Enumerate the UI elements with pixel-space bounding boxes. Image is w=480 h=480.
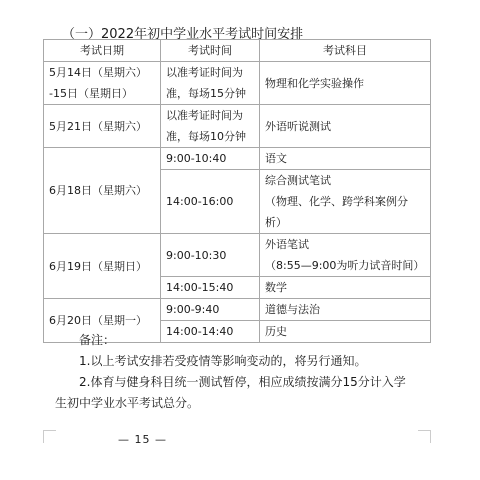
time-cell: 以准考证时间为准，每场15分钟 bbox=[161, 62, 260, 105]
subject-cell: 外语笔试（8:55—9:00为听力试音时间） bbox=[260, 234, 431, 277]
table-row: 6月18日（星期六） 9:00-10:40 语文 bbox=[44, 148, 431, 170]
date-cell: 6月18日（星期六） bbox=[44, 148, 161, 234]
subject-cell: 物理和化学实验操作 bbox=[260, 62, 431, 105]
notes-section: 备注： 1.以上考试安排若受疫情等影响变动的，将另行通知。 2.体育与健身科目统… bbox=[55, 330, 425, 414]
note-item: 1.以上考试安排若受疫情等影响变动的，将另行通知。 bbox=[55, 351, 425, 372]
exam-schedule-table: 考试日期 考试时间 考试科目 5月14日（星期六）-15日（星期日） 以准考证时… bbox=[43, 39, 431, 343]
date-cell: 6月19日（星期日） bbox=[44, 234, 161, 299]
table-row: 6月20日（星期一） 9:00-9:40 道德与法治 bbox=[44, 299, 431, 321]
subject-cell: 道德与法治 bbox=[260, 299, 431, 321]
time-cell: 以准考证时间为准，每场10分钟 bbox=[161, 105, 260, 148]
note-item: 2.体育与健身科目统一测试暂停，相应成绩按满分15分计入学 bbox=[55, 372, 425, 393]
time-cell: 9:00-9:40 bbox=[161, 299, 260, 321]
date-cell: 5月21日（星期六） bbox=[44, 105, 161, 148]
time-cell: 14:00-15:40 bbox=[161, 277, 260, 299]
page-number: — 15 — bbox=[118, 433, 167, 446]
page-corner-mark-left bbox=[43, 430, 56, 443]
header-time: 考试时间 bbox=[161, 40, 260, 62]
table-row: 5月21日（星期六） 以准考证时间为准，每场10分钟 外语听说测试 bbox=[44, 105, 431, 148]
subject-cell: 语文 bbox=[260, 148, 431, 170]
table-header-row: 考试日期 考试时间 考试科目 bbox=[44, 40, 431, 62]
subject-cell: 数学 bbox=[260, 277, 431, 299]
time-cell: 9:00-10:30 bbox=[161, 234, 260, 277]
table-row: 5月14日（星期六）-15日（星期日） 以准考证时间为准，每场15分钟 物理和化… bbox=[44, 62, 431, 105]
notes-heading: 备注： bbox=[55, 330, 425, 351]
subject-cell: 综合测试笔试（物理、化学、跨学科案例分析） bbox=[260, 170, 431, 234]
time-cell: 9:00-10:40 bbox=[161, 148, 260, 170]
table-row: 6月19日（星期日） 9:00-10:30 外语笔试（8:55—9:00为听力试… bbox=[44, 234, 431, 277]
date-cell: 5月14日（星期六）-15日（星期日） bbox=[44, 62, 161, 105]
header-subject: 考试科目 bbox=[260, 40, 431, 62]
note-item-continued: 生初中学业水平考试总分。 bbox=[55, 393, 425, 414]
header-date: 考试日期 bbox=[44, 40, 161, 62]
page-corner-mark-right bbox=[418, 430, 431, 443]
time-cell: 14:00-16:00 bbox=[161, 170, 260, 234]
subject-cell: 外语听说测试 bbox=[260, 105, 431, 148]
